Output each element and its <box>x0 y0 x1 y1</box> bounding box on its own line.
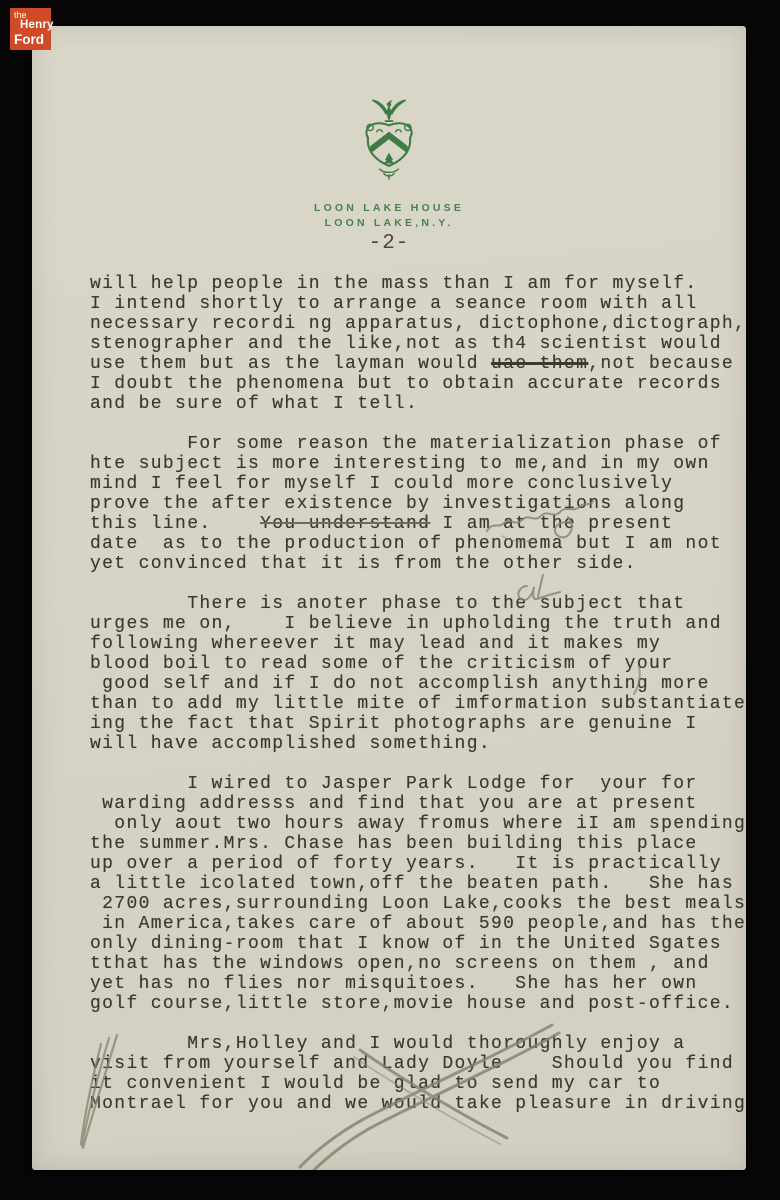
letter-line: I doubt the phenomena but to obtain accu… <box>90 374 746 394</box>
letter-line: in America,takes care of about 590 peopl… <box>90 914 746 934</box>
letter-line: mind I feel for myself I could more conc… <box>90 474 746 494</box>
letter-line: following whereever it may lead and it m… <box>90 634 746 654</box>
letter-line: tthat has the windows open,no screens on… <box>90 954 746 974</box>
letterhead-house-name: LOON LAKE HOUSE <box>32 202 746 214</box>
letter-line: I intend shortly to arrange a seance roo… <box>90 294 746 314</box>
page-number: -2- <box>32 232 746 255</box>
letter-line: visit from yourself and Lady Doyle Shoul… <box>90 1054 746 1074</box>
crest-shield <box>366 123 411 166</box>
letter-line: this line. You understand I am at the pr… <box>90 514 746 534</box>
loon-bird-icon <box>372 100 406 121</box>
letterhead-location: LOON LAKE,N.Y. <box>32 217 746 229</box>
letter-line: For some reason the materialization phas… <box>90 434 746 454</box>
letter-line: only dining-room that I know of in the U… <box>90 934 746 954</box>
loon-lake-crest-icon <box>347 96 431 198</box>
letter-line: blood boil to read some of the criticism… <box>90 654 746 674</box>
letter-line: will help people in the mass than I am f… <box>90 274 746 294</box>
letter-line: date as to the production of phenomema b… <box>90 534 746 554</box>
letter-line: urges me on, I believe in upholding the … <box>90 614 746 634</box>
letter-line: only aout two hours away fromus where iI… <box>90 814 746 834</box>
letter-line: necessary recordi ng apparatus, dictopho… <box>90 314 746 334</box>
letter-line: warding addresss and find that you are a… <box>90 794 746 814</box>
henry-ford-logo: the Henry Ford <box>10 8 51 50</box>
paragraph: Mrs,Holley and I would thoroughly enjoy … <box>90 1034 746 1114</box>
letter-line: ing the fact that Spirit photographs are… <box>90 714 746 734</box>
letter-line: There is anoter phase to the subject tha… <box>90 594 746 614</box>
letter-line: stenographer and the like,not as th4 sci… <box>90 334 746 354</box>
letter-line: golf course,little store,movie house and… <box>90 994 746 1014</box>
letter-line: it convenient I would be glad to send my… <box>90 1074 746 1094</box>
letterhead: LOON LAKE HOUSE LOON LAKE,N.Y. <box>32 96 746 229</box>
letter-line: up over a period of forty years. It is p… <box>90 854 746 874</box>
letter-line: yet convinced that it is from the other … <box>90 554 746 574</box>
letter-line: Montrael for you and we would take pleas… <box>90 1094 746 1114</box>
letter-line: a little icolated town,off the beaten pa… <box>90 874 746 894</box>
letter-line: hte subject is more interesting to me,an… <box>90 454 746 474</box>
letter-line: will have accomplished something. <box>90 734 746 754</box>
paragraph: will help people in the mass than I am f… <box>90 274 746 414</box>
letter-line: prove the after existence by investigati… <box>90 494 746 514</box>
letter-line: 2700 acres,surrounding Loon Lake,cooks t… <box>90 894 746 914</box>
letter-line: yet has no flies nor misquitoes. She has… <box>90 974 746 994</box>
logo-word-henry: Henry <box>20 20 51 32</box>
letter-line: the summer.Mrs. Chase has been building … <box>90 834 746 854</box>
letter-line: I wired to Jasper Park Lodge for your fo… <box>90 774 746 794</box>
paragraph: There is anoter phase to the subject tha… <box>90 594 746 754</box>
paragraph: For some reason the materialization phas… <box>90 434 746 574</box>
letter-line: than to add my little mite of imformatio… <box>90 694 746 714</box>
letter-line: good self and if I do not accomplish any… <box>90 674 746 694</box>
scanned-letter-page: the Henry Ford <box>0 0 780 1200</box>
letter-line: Mrs,Holley and I would thoroughly enjoy … <box>90 1034 746 1054</box>
letter-paper: LOON LAKE HOUSE LOON LAKE,N.Y. -2- will … <box>32 26 746 1170</box>
letter-line: and be sure of what I tell. <box>90 394 746 414</box>
logo-word-ford: Ford <box>14 33 51 47</box>
paragraph: I wired to Jasper Park Lodge for your fo… <box>90 774 746 1014</box>
letter-line: use them but as the layman would uae the… <box>90 354 746 374</box>
crest-flourish <box>379 169 399 180</box>
letter-body: will help people in the mass than I am f… <box>90 274 746 1134</box>
